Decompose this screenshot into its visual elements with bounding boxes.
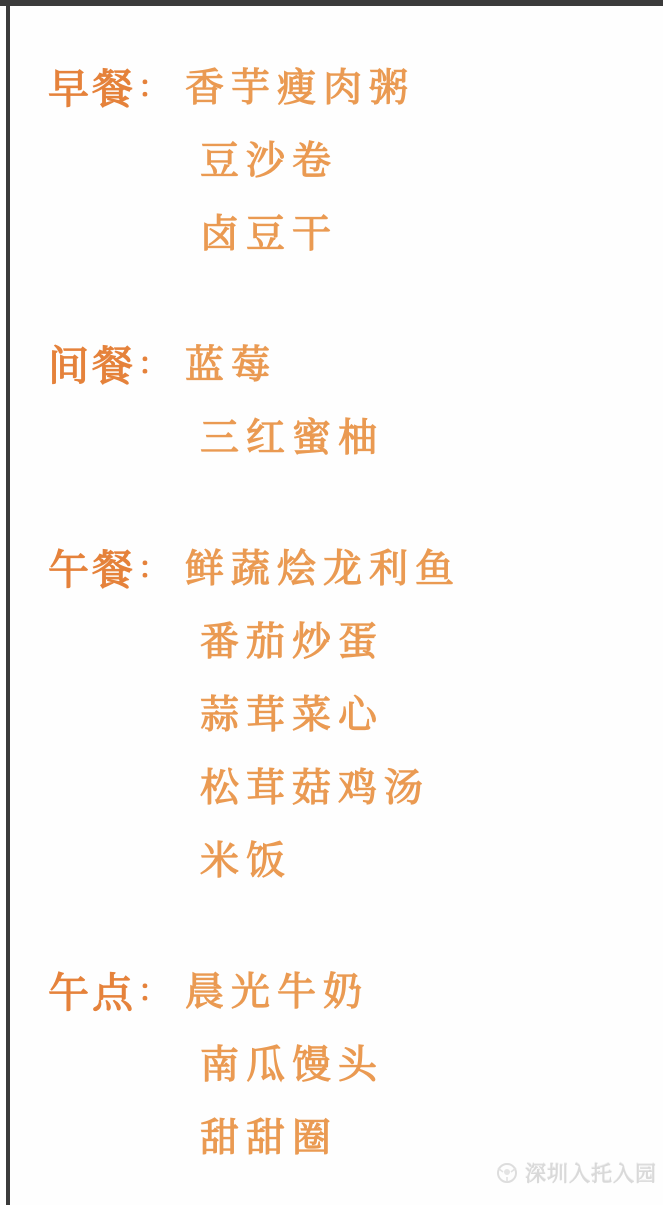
colon-separator: ： <box>138 972 168 1011</box>
meal-label: 间餐 <box>48 345 136 388</box>
meal-label: 早餐 <box>48 68 136 111</box>
watermark: 深圳入托入园 <box>494 1158 657 1188</box>
menu-item: 蓝莓 <box>185 345 277 388</box>
menu-row: 蒜茸菜心 <box>48 695 608 768</box>
meal-label-cell: 午点 ： <box>48 972 185 1015</box>
meal-section-lunch: 午餐 ： 鲜蔬烩龙利鱼 番茄炒蛋 蒜茸菜心 松茸菇鸡汤 米饭 <box>48 549 608 914</box>
menu-item: 三红蜜柚 <box>200 418 384 461</box>
menu-row: 豆沙卷 <box>48 141 608 214</box>
top-frame-bar <box>0 0 663 6</box>
meal-section-breakfast: 早餐 ： 香芋瘦肉粥 豆沙卷 卤豆干 <box>48 68 608 287</box>
colon-separator: ： <box>138 549 168 588</box>
left-frame-rule <box>6 5 10 1205</box>
meal-label-cell: 早餐 ： <box>48 68 185 111</box>
menu-item: 南瓜馒头 <box>200 1045 384 1088</box>
menu-row: 间餐 ： 蓝莓 <box>48 345 608 418</box>
menu-item: 松茸菇鸡汤 <box>200 768 430 811</box>
menu-item: 蒜茸菜心 <box>200 695 384 738</box>
menu-row: 三红蜜柚 <box>48 418 608 491</box>
menu-item: 鲜蔬烩龙利鱼 <box>185 549 461 592</box>
watermark-text: 深圳入托入园 <box>525 1158 657 1188</box>
meal-section-morning-snack: 间餐 ： 蓝莓 三红蜜柚 <box>48 345 608 491</box>
meal-label-cell: 间餐 ： <box>48 345 185 388</box>
meal-label: 午餐 <box>48 549 136 592</box>
menu-row: 午点 ： 晨光牛奶 <box>48 972 608 1045</box>
colon-separator: ： <box>138 68 168 107</box>
menu-item: 晨光牛奶 <box>185 972 369 1015</box>
menu-row: 午餐 ： 鲜蔬烩龙利鱼 <box>48 549 608 622</box>
meal-label-cell: 午餐 ： <box>48 549 185 592</box>
menu-item: 番茄炒蛋 <box>200 622 384 665</box>
menu-row: 米饭 <box>48 841 608 914</box>
logo-icon <box>494 1160 520 1186</box>
menu-item: 甜甜圈 <box>200 1118 338 1161</box>
menu-page: 早餐 ： 香芋瘦肉粥 豆沙卷 卤豆干 间餐 ： 蓝莓 三红蜜柚 <box>0 0 663 1205</box>
menu-row: 早餐 ： 香芋瘦肉粥 <box>48 68 608 141</box>
menu-item: 卤豆干 <box>200 214 338 257</box>
meal-label: 午点 <box>48 972 136 1015</box>
menu-row: 卤豆干 <box>48 214 608 287</box>
menu-item: 米饭 <box>200 841 292 884</box>
menu-row: 南瓜馒头 <box>48 1045 608 1118</box>
menu-row: 番茄炒蛋 <box>48 622 608 695</box>
colon-separator: ： <box>138 345 168 384</box>
menu-item: 香芋瘦肉粥 <box>185 68 415 111</box>
meal-menu: 早餐 ： 香芋瘦肉粥 豆沙卷 卤豆干 间餐 ： 蓝莓 三红蜜柚 <box>48 68 608 1191</box>
menu-item: 豆沙卷 <box>200 141 338 184</box>
menu-row: 松茸菇鸡汤 <box>48 768 608 841</box>
